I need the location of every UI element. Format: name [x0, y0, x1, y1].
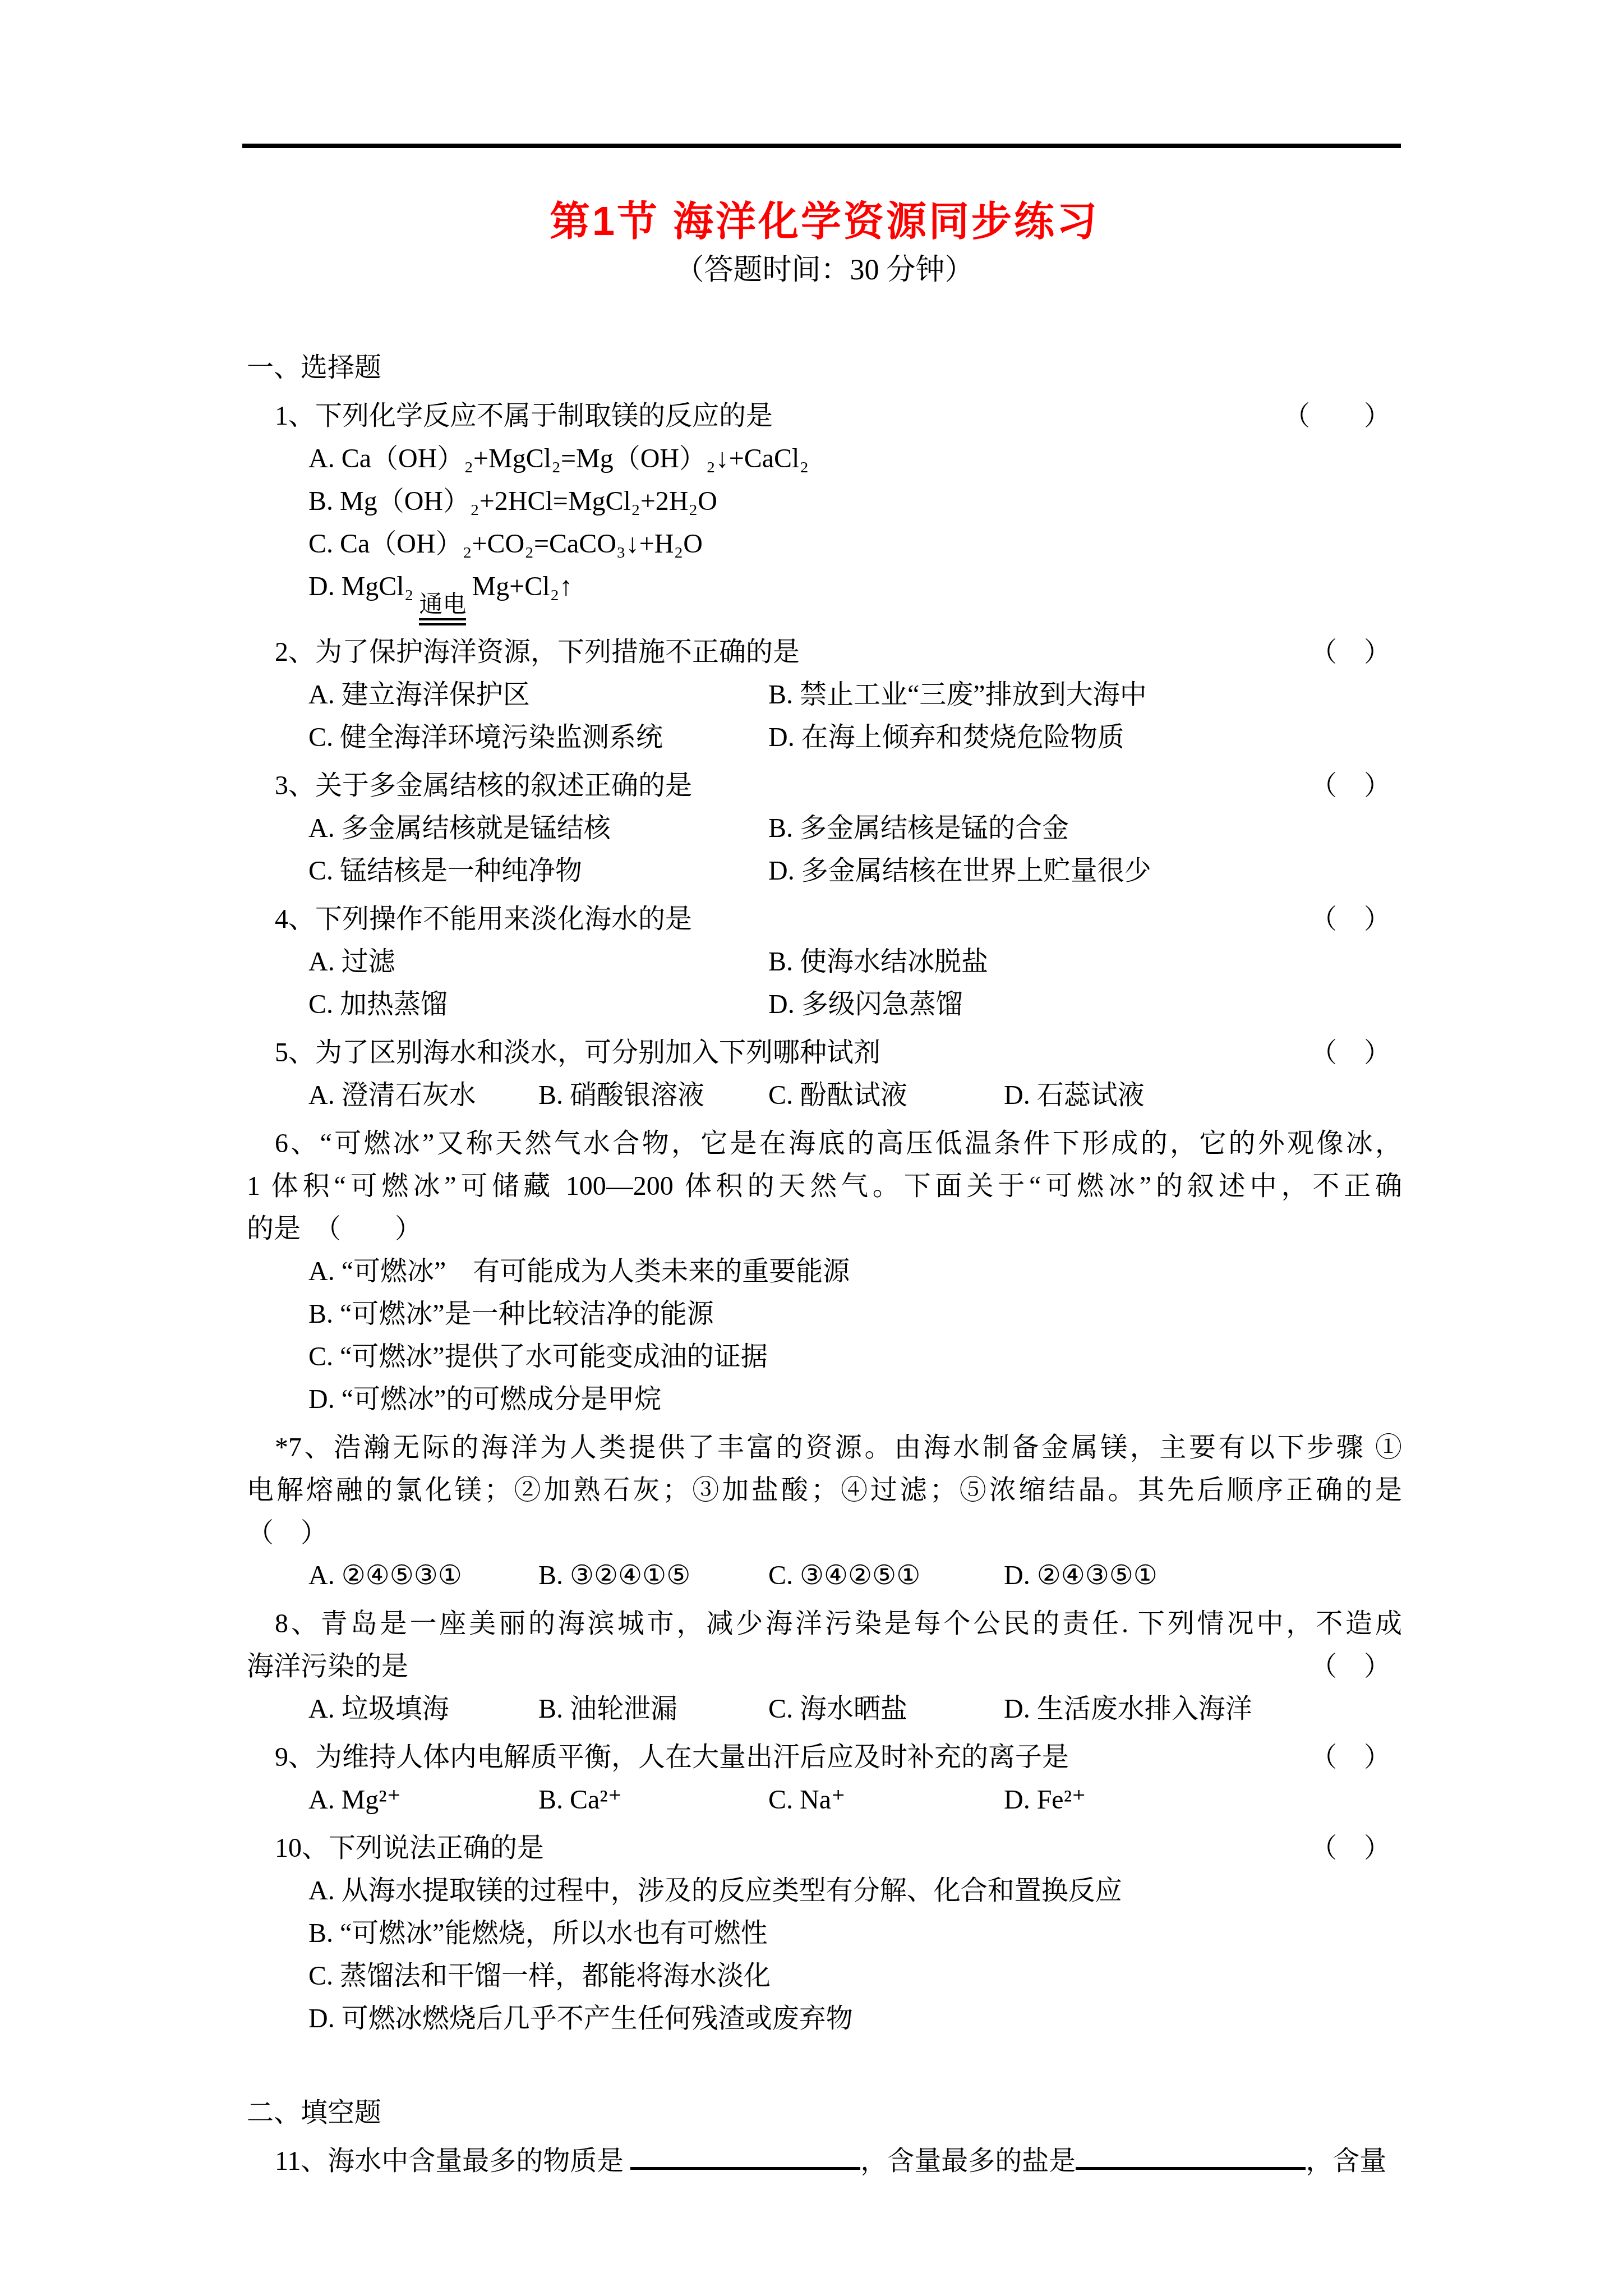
page-subtitle: （答题时间：30 分钟）	[247, 251, 1402, 289]
question-8-option-b: B. 油轮泄漏	[538, 1688, 768, 1731]
answer-blank-1	[630, 2159, 860, 2170]
question-5-answer-paren: （ ）	[1310, 1032, 1402, 1074]
equation-right: Mg+Cl₂↑	[472, 572, 573, 601]
question-4-option-a: A. 过滤	[308, 941, 768, 983]
section-heading-choice: 一、选择题	[247, 347, 1402, 389]
question-6-line-3: 的是 （ ）	[247, 1208, 1402, 1250]
question-9-stem: 9、为维持人体内电解质平衡，人在大量出汗后应及时补充的离子是	[247, 1736, 1310, 1779]
question-6: 6、“可燃冰”又称天然气水合物，它是在海底的高压低温条件下形成的，它的外观像冰，…	[247, 1122, 1402, 1421]
question-8-option-a: A. 垃圾填海	[308, 1688, 538, 1731]
question-6-stem-end: 的是	[247, 1214, 328, 1244]
question-3-answer-paren: （ ）	[1310, 765, 1402, 807]
question-1-stem: 1、下列化学反应不属于制取镁的反应的是	[247, 395, 1283, 438]
section-heading-fill: 二、填空题	[247, 2092, 1402, 2134]
question-2-answer-paren: （ ）	[1310, 631, 1402, 674]
question-4-options: A. 过滤 B. 使海水结冰脱盐 C. 加热蒸馏 D. 多级闪急蒸馏	[247, 941, 1402, 1026]
question-1-option-d: D. MgCl₂通电Mg+Cl₂↑	[247, 565, 1402, 625]
question-9-row: 9、为维持人体内电解质平衡，人在大量出汗后应及时补充的离子是 （ ）	[247, 1736, 1402, 1779]
question-5-row: 5、为了区别海水和淡水，可分别加入下列哪种试剂 （ ）	[247, 1032, 1402, 1074]
question-8-options: A. 垃圾填海 B. 油轮泄漏 C. 海水晒盐 D. 生活废水排入海洋	[247, 1688, 1402, 1731]
question-1-answer-paren: （ ）	[1283, 395, 1402, 438]
question-8-answer-paren: （ ）	[1310, 1645, 1402, 1688]
question-9: 9、为维持人体内电解质平衡，人在大量出汗后应及时补充的离子是 （ ） A. Mg…	[247, 1736, 1402, 1821]
question-10: 10、下列说法正确的是 （ ） A. 从海水提取镁的过程中，涉及的反应类型有分解…	[247, 1827, 1402, 2040]
question-7-option-d: D. ②④③⑤①	[1004, 1554, 1402, 1597]
question-3-row: 3、关于多金属结核的叙述正确的是 （ ）	[247, 765, 1402, 807]
question-3-option-b: B. 多金属结核是锰的合金	[768, 807, 1402, 850]
question-5: 5、为了区别海水和淡水，可分别加入下列哪种试剂 （ ） A. 澄清石灰水 B. …	[247, 1032, 1402, 1117]
question-4: 4、下列操作不能用来淡化海水的是 （ ） A. 过滤 B. 使海水结冰脱盐 C.…	[247, 898, 1402, 1026]
question-3-option-a: A. 多金属结核就是锰结核	[308, 807, 768, 850]
question-3-options: A. 多金属结核就是锰结核 B. 多金属结核是锰的合金 C. 锰结核是一种纯净物…	[247, 807, 1402, 892]
question-1: 1、下列化学反应不属于制取镁的反应的是 （ ） A. Ca（OH）₂+MgCl₂…	[247, 395, 1402, 625]
question-3: 3、关于多金属结核的叙述正确的是 （ ） A. 多金属结核就是锰结核 B. 多金…	[247, 765, 1402, 892]
question-4-option-d: D. 多级闪急蒸馏	[768, 983, 1402, 1026]
question-2-row: 2、为了保护海洋资源，下列措施不正确的是 （ ）	[247, 631, 1402, 674]
question-9-answer-paren: （ ）	[1310, 1736, 1402, 1779]
question-2-option-c: C. 健全海洋环境污染监测系统	[308, 716, 768, 759]
question-11-segment-3: ，含量	[1306, 2146, 1386, 2176]
question-7-answer-paren: （ ）	[247, 1512, 1402, 1554]
question-1-option-b: B. Mg（OH）₂+2HCl=MgCl₂+2H₂O	[247, 480, 1402, 523]
answer-blank-2	[1076, 2159, 1306, 2170]
question-11: 11、海水中含量最多的物质是 ，含量最多的盐是，含量	[247, 2140, 1402, 2183]
question-1-option-c: C. Ca（OH）₂+CO₂=CaCO₃↓+H₂O	[247, 523, 1402, 565]
question-9-option-a: A. Mg²⁺	[308, 1779, 538, 1821]
question-7-option-a: A. ②④⑤③①	[308, 1554, 538, 1597]
question-8-line-2: 海洋污染的是 （ ）	[247, 1645, 1402, 1688]
question-11-segment-1: 11、海水中含量最多的物质是	[275, 2146, 630, 2176]
question-10-option-a: A. 从海水提取镁的过程中，涉及的反应类型有分解、化合和置换反应	[247, 1870, 1402, 1912]
question-6-answer-paren: （ ）	[328, 1214, 422, 1244]
page-title: 第1节 海洋化学资源同步练习	[247, 0, 1402, 246]
question-9-option-b: B. Ca²⁺	[538, 1779, 768, 1821]
question-1-option-a: A. Ca（OH）₂+MgCl₂=Mg（OH）₂↓+CaCl₂	[247, 438, 1402, 480]
question-4-row: 4、下列操作不能用来淡化海水的是 （ ）	[247, 898, 1402, 941]
question-9-option-d: D. Fe²⁺	[1004, 1779, 1402, 1821]
question-3-option-d: D. 多金属结核在世界上贮量很少	[768, 850, 1402, 892]
question-8-stem-end: 海洋污染的是	[247, 1645, 408, 1688]
question-10-option-d: D. 可燃冰燃烧后几乎不产生任何残渣或废弃物	[247, 1998, 1402, 2040]
question-2-option-a: A. 建立海洋保护区	[308, 674, 768, 716]
question-9-option-c: C. Na⁺	[768, 1779, 1004, 1821]
question-7-option-c: C. ③④②⑤①	[768, 1554, 1004, 1597]
question-6-option-c: C. “可燃冰”提供了水可能变成油的证据	[247, 1336, 1402, 1378]
question-8-option-d: D. 生活废水排入海洋	[1004, 1688, 1402, 1731]
electrolysis-condition: 通电	[419, 591, 466, 625]
question-6-option-a: A. “可燃冰” 有可能成为人类未来的重要能源	[247, 1250, 1402, 1293]
question-10-row: 10、下列说法正确的是 （ ）	[247, 1827, 1402, 1870]
question-2-option-d: D. 在海上倾弃和焚烧危险物质	[768, 716, 1402, 759]
question-2: 2、为了保护海洋资源，下列措施不正确的是 （ ） A. 建立海洋保护区 B. 禁…	[247, 631, 1402, 759]
question-4-answer-paren: （ ）	[1310, 898, 1402, 941]
question-8: 8、青岛是一座美丽的海滨城市，减少海洋污染是每个公民的责任. 下列情况中，不造成…	[247, 1603, 1402, 1731]
question-6-option-b: B. “可燃冰”是一种比较洁净的能源	[247, 1293, 1402, 1336]
question-2-stem: 2、为了保护海洋资源，下列措施不正确的是	[247, 631, 1310, 674]
question-7-line-1: *7、浩瀚无际的海洋为人类提供了丰富的资源。由海水制备金属镁，主要有以下步骤 ①	[247, 1427, 1402, 1469]
question-8-line-1: 8、青岛是一座美丽的海滨城市，减少海洋污染是每个公民的责任. 下列情况中，不造成	[247, 1603, 1402, 1645]
question-7-line-2: 电解熔融的氯化镁；②加熟石灰；③加盐酸；④过滤；⑤浓缩结晶。其先后顺序正确的是	[247, 1469, 1402, 1512]
question-5-option-b: B. 硝酸银溶液	[538, 1074, 768, 1117]
question-11-segment-2: ，含量最多的盐是	[860, 2146, 1076, 2176]
question-3-stem: 3、关于多金属结核的叙述正确的是	[247, 765, 1310, 807]
question-3-option-c: C. 锰结核是一种纯净物	[308, 850, 768, 892]
question-6-line-1: 6、“可燃冰”又称天然气水合物，它是在海底的高压低温条件下形成的，它的外观像冰，	[247, 1122, 1402, 1165]
condition-label: 通电	[419, 591, 466, 618]
page-content: 第1节 海洋化学资源同步练习 （答题时间：30 分钟） 一、选择题 1、下列化学…	[247, 0, 1402, 2183]
question-4-stem: 4、下列操作不能用来淡化海水的是	[247, 898, 1310, 941]
question-5-options: A. 澄清石灰水 B. 硝酸银溶液 C. 酚酞试液 D. 石蕊试液	[247, 1074, 1402, 1117]
question-5-option-d: D. 石蕊试液	[1004, 1074, 1402, 1117]
question-2-option-b: B. 禁止工业“三废”排放到大海中	[768, 674, 1402, 716]
question-5-option-c: C. 酚酞试液	[768, 1074, 1004, 1117]
question-7: *7、浩瀚无际的海洋为人类提供了丰富的资源。由海水制备金属镁，主要有以下步骤 ①…	[247, 1427, 1402, 1597]
question-10-option-c: C. 蒸馏法和干馏一样，都能将海水淡化	[247, 1955, 1402, 1998]
question-8-option-c: C. 海水晒盐	[768, 1688, 1004, 1731]
worksheet-page: 第1节 海洋化学资源同步练习 （答题时间：30 分钟） 一、选择题 1、下列化学…	[0, 0, 1623, 2296]
question-1-row: 1、下列化学反应不属于制取镁的反应的是 （ ）	[247, 395, 1402, 438]
double-equals-line	[419, 618, 466, 625]
question-6-line-2: 1 体积“可燃冰”可储藏 100—200 体积的天然气。下面关于“可燃冰”的叙述…	[247, 1165, 1402, 1208]
question-9-options: A. Mg²⁺ B. Ca²⁺ C. Na⁺ D. Fe²⁺	[247, 1779, 1402, 1821]
question-6-option-d: D. “可燃冰”的可燃成分是甲烷	[247, 1378, 1402, 1421]
question-10-stem: 10、下列说法正确的是	[247, 1827, 1310, 1870]
question-5-option-a: A. 澄清石灰水	[308, 1074, 538, 1117]
equation-left: D. MgCl₂	[308, 572, 413, 601]
question-10-answer-paren: （ ）	[1310, 1827, 1402, 1870]
question-10-option-b: B. “可燃冰”能燃烧，所以水也有可燃性	[247, 1912, 1402, 1955]
question-7-option-b: B. ③②④①⑤	[538, 1554, 768, 1597]
question-5-stem: 5、为了区别海水和淡水，可分别加入下列哪种试剂	[247, 1032, 1310, 1074]
question-7-options: A. ②④⑤③① B. ③②④①⑤ C. ③④②⑤① D. ②④③⑤①	[247, 1554, 1402, 1597]
question-2-options: A. 建立海洋保护区 B. 禁止工业“三废”排放到大海中 C. 健全海洋环境污染…	[247, 674, 1402, 759]
question-4-option-c: C. 加热蒸馏	[308, 983, 768, 1026]
question-4-option-b: B. 使海水结冰脱盐	[768, 941, 1402, 983]
header-rule	[242, 144, 1401, 148]
